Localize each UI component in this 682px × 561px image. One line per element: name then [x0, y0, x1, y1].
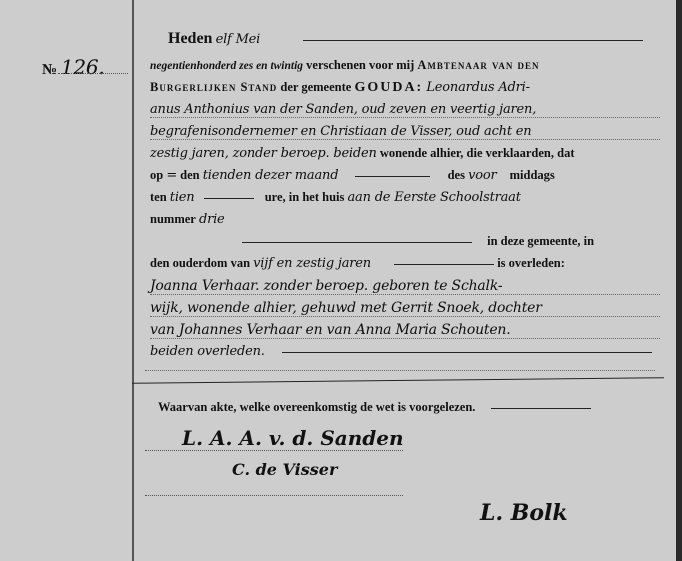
record-line-deceased: Joanna Verhaar. zonder beroep. geboren t… — [150, 278, 660, 295]
printed-text: ten — [150, 190, 167, 204]
witness-1-name: Leonardus Adri- — [426, 80, 529, 95]
record-number-prefix: № — [42, 62, 57, 78]
municipality-name: GOUDA: — [354, 80, 423, 95]
death-day: tienden dezer maand — [203, 168, 339, 183]
blank-rule — [394, 263, 494, 265]
signature-official: L. Bolk — [480, 500, 568, 526]
record-line-death-day: op = den tienden dezer maand des voor mi… — [150, 168, 660, 183]
printed-text: middags — [510, 168, 555, 182]
death-record-scan: № 126. Heden elf Mei negentienhonderd ze… — [0, 0, 682, 561]
closing-statement: Waarvan akte, welke overeenkomstig de we… — [158, 400, 668, 415]
handwritten-text: beiden overleden. — [150, 344, 265, 359]
handwritten-text: = — [166, 168, 177, 183]
record-line-age: den ouderdom van vijf en zestig jaren is… — [150, 256, 660, 271]
deceased-age: vijf en zestig jaren — [253, 256, 371, 271]
closing-text: Waarvan akte, welke overeenkomstig de we… — [158, 400, 475, 414]
printed-text: den ouderdom van — [150, 256, 250, 270]
dotted-separator — [145, 370, 655, 371]
printed-text: op — [150, 168, 163, 182]
printed-text: des — [448, 168, 465, 182]
civil-registry-label: Burgerlijken Stand — [150, 80, 277, 94]
signature-witness-1: L. A. A. v. d. Sanden — [182, 426, 404, 450]
record-number: № 126. — [42, 55, 105, 79]
death-address: aan de Eerste Schoolstraat — [347, 190, 520, 205]
municipality-label: der gemeente — [280, 80, 351, 94]
signature-witness-2: C. de Visser — [232, 460, 337, 479]
page-edge — [676, 0, 682, 561]
time-of-day: voor — [468, 168, 496, 183]
printed-text: den — [180, 168, 199, 182]
date-handwritten: elf Mei — [216, 32, 261, 47]
handwritten-text: wijk, wonende alhier, gehuwd met Gerrit … — [150, 300, 542, 316]
handwritten-text: begrafenisondernemer en Christiaan de Vi… — [150, 124, 531, 139]
blank-rule — [242, 241, 472, 243]
handwritten-text: van Johannes Verhaar en van Anna Maria S… — [150, 322, 510, 338]
record-line-date: Heden elf Mei — [168, 30, 678, 48]
record-line-parents-status: beiden overleden. — [150, 344, 660, 359]
record-line-parents: van Johannes Verhaar en van Anna Maria S… — [150, 322, 660, 339]
record-line-witness-2: begrafenisondernemer en Christiaan de Vi… — [150, 124, 660, 140]
official-title: Ambtenaar van den — [417, 58, 539, 72]
blank-rule — [303, 39, 643, 41]
death-hour: tien — [170, 190, 195, 205]
year-text: negentienhonderd zes en twintig — [150, 60, 303, 72]
record-line-witness-1: anus Anthonius van der Sanden, oud zeven… — [150, 102, 660, 118]
printed-text: wonende alhier, die verklaarden, dat — [380, 146, 575, 160]
signature-line — [145, 450, 403, 451]
handwritten-text: zestig jaren, zonder beroep. beiden — [150, 146, 377, 161]
handwritten-text: anus Anthonius van der Sanden, oud zeven… — [150, 102, 536, 117]
printed-text: in deze gemeente, in — [487, 234, 594, 248]
blank-rule — [355, 175, 430, 177]
section-separator — [132, 377, 664, 384]
record-line-spouse: wijk, wonende alhier, gehuwd met Gerrit … — [150, 300, 660, 317]
record-line-municipality: Burgerlijken Stand der gemeente GOUDA: L… — [150, 80, 660, 96]
appeared-text: verschenen voor mij — [306, 58, 414, 72]
house-number: drie — [199, 212, 225, 227]
printed-text: ure, in het huis — [265, 190, 345, 204]
blank-rule — [204, 197, 254, 199]
record-line-house-number: nummer drie — [150, 212, 660, 227]
blank-rule — [282, 351, 652, 353]
record-line-death-place: ten tien ure, in het huis aan de Eerste … — [150, 190, 660, 205]
heden-label: Heden — [168, 30, 212, 47]
deceased-name: Joanna Verhaar. zonder beroep. geboren t… — [150, 278, 502, 294]
printed-text: is overleden: — [497, 256, 565, 270]
blank-rule — [491, 407, 591, 409]
margin-rule — [132, 0, 134, 561]
record-line-residence: zestig jaren, zonder beroep. beiden wone… — [150, 146, 660, 161]
record-line-house-number-cont: in deze gemeente, in — [150, 234, 660, 249]
signature-line — [145, 495, 403, 496]
printed-text: nummer — [150, 212, 196, 226]
record-line-year: negentienhonderd zes en twintig verschen… — [150, 58, 660, 73]
record-number-rule — [58, 73, 128, 74]
record-number-value: 126. — [61, 55, 105, 79]
